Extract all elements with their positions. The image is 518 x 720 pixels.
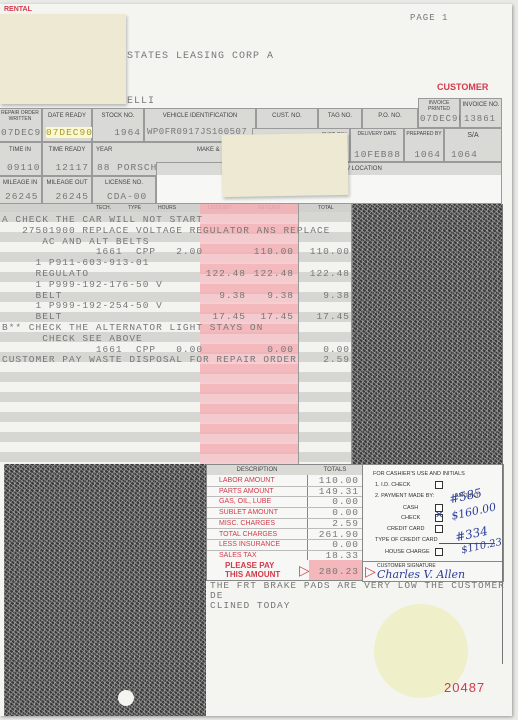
- cashier-title: FOR CASHIER'S USE AND INITIALS: [373, 471, 465, 477]
- line-item-total: 9.38: [304, 290, 350, 301]
- line-item-net: 122.48: [248, 268, 294, 279]
- totals-value: 149.31: [319, 486, 359, 497]
- cashier-box: FOR CASHIER'S USE AND INITIALS 1. I.D. C…: [362, 464, 504, 582]
- line-item-total: 110.00: [304, 246, 350, 257]
- line-item-net: 0.00: [248, 344, 294, 355]
- credit-card-label: CREDIT CARD: [387, 526, 425, 532]
- please-pay-row: PLEASE PAY THIS AMOUNT ▷ 280.23: [206, 560, 364, 581]
- please-pay-value: 280.23: [319, 566, 359, 577]
- please-pay-label: PLEASE PAY THIS AMOUNT: [225, 561, 280, 579]
- line-item-text: REGULATO: [2, 268, 89, 279]
- payment-made-by-label: 2. PAYMENT MADE BY:: [375, 493, 434, 499]
- house-charge-label: HOUSE CHARGE: [385, 549, 430, 555]
- page-number: PAGE 1: [410, 13, 448, 23]
- cell-stock-no: STOCK NO. 1964: [92, 108, 144, 142]
- line-item-text: 1 P999-192-176-50 V: [2, 279, 163, 290]
- cell-sa: S/A 1064: [444, 128, 502, 162]
- sticky-note-top-left: [0, 14, 126, 104]
- totals-value: 2.59: [332, 518, 359, 529]
- totals-label: GAS, OIL, LUBE: [219, 498, 271, 505]
- line-item-text: 1661 CPP 2.00: [2, 246, 203, 257]
- line-item-list: 17.45: [200, 311, 246, 322]
- rental-stamp: RENTAL: [4, 6, 32, 13]
- totals-label: LESS INSURANCE: [219, 541, 280, 548]
- copy-label: CUSTOMER: [437, 82, 488, 92]
- line-item-text: CHECK SEE ABOVE: [2, 333, 143, 344]
- totals-value: 0.00: [332, 539, 359, 550]
- totals-label: PARTS AMOUNT: [219, 488, 274, 495]
- customer-name-fragment: ELLI: [127, 96, 155, 107]
- totals-value: 110.00: [319, 475, 359, 486]
- cell-date-ready: DATE READY 07DEC90: [42, 108, 92, 142]
- line-item-text: B** CHECK THE ALTERNATOR LIGHT STAYS ON: [2, 322, 263, 333]
- cell-time-in: TIME IN 09110: [0, 142, 42, 176]
- redacted-pattern-right: [352, 204, 502, 464]
- line-item-net: 9.38: [248, 290, 294, 301]
- totals-header-totals: TOTALS: [307, 467, 363, 474]
- id-check-label: 1. I.D. CHECK: [375, 482, 410, 488]
- totals-value: 261.90: [319, 529, 359, 540]
- totals-label: SALES TAX: [219, 552, 256, 559]
- redacted-pattern-bottom-left: [4, 464, 206, 716]
- id-check-checkbox[interactable]: [435, 481, 443, 489]
- cell-repair-order-written: REPAIR ORDER WRITTEN 07DEC90: [0, 108, 42, 142]
- cash-label: CASH: [403, 505, 418, 511]
- line-item-text: A CHECK THE CAR WILL NOT START: [2, 214, 203, 225]
- line-item-total: 122.48: [304, 268, 350, 279]
- totals-label: LABOR AMOUNT: [219, 477, 275, 484]
- check-checkbox[interactable]: ✕: [435, 514, 443, 522]
- totals-value: 0.00: [332, 507, 359, 518]
- line-item-text: AC AND ALT BELTS: [2, 236, 149, 247]
- cell-invoice-printed: INVOICE PRINTED 07DEC90: [418, 98, 460, 128]
- line-item-total: 2.59: [304, 354, 350, 365]
- company-line: STATES LEASING CORP A: [127, 51, 274, 62]
- totals-label: MISC. CHARGES: [219, 520, 275, 527]
- line-item-total: 0.00: [304, 344, 350, 355]
- house-charge-checkbox[interactable]: [435, 548, 443, 556]
- cell-license-no: LICENSE NO. CDA-00: [92, 176, 156, 204]
- credit-card-checkbox[interactable]: [435, 525, 443, 533]
- check-label: CHECK: [401, 515, 420, 521]
- cell-mileage-in: MILEAGE IN 26245: [0, 176, 42, 204]
- cell-prepared-by: PREPARED BY 1064: [404, 128, 444, 162]
- line-item-net: 17.45: [248, 311, 294, 322]
- sticky-note-middle: [221, 133, 348, 197]
- line-item-text: BELT: [2, 311, 62, 322]
- line-items-header: TECH. TYPE HOURS LIST/UNIT NET/UNIT TOTA…: [0, 204, 352, 212]
- form-number: 20487: [444, 680, 485, 695]
- line-item-text: 27501900 REPLACE VOLTAGE REGULATOR ANS R…: [2, 225, 330, 236]
- totals-value: 0.00: [332, 496, 359, 507]
- repair-order-document: RENTAL PAGE 1 STATES LEASING CORP A ELLI…: [0, 4, 512, 716]
- line-item-text: 1 P999-192-254-50 V: [2, 300, 163, 311]
- line-item-text: CUSTOMER PAY WASTE DISPOSAL FOR REPAIR O…: [2, 354, 297, 365]
- remarks: THE FRT BRAKE PADS ARE VERY LOW THE CUST…: [210, 581, 512, 611]
- line-item-text: 1 P911-603-913-01: [2, 257, 149, 268]
- cell-time-ready: TIME READY 12117: [42, 142, 92, 176]
- line-item-total: 17.45: [304, 311, 350, 322]
- signature-area: ▷ CUSTOMER SIGNATURE Charles V. Allen: [363, 561, 503, 582]
- totals-label: TOTAL CHARGES: [219, 531, 277, 538]
- cell-mileage-out: MILEAGE OUT 26245: [42, 176, 92, 204]
- line-item-list: 122.48: [200, 268, 246, 279]
- cell-delivery-date: DELIVERY DATE 10FEB88: [350, 128, 404, 162]
- credit-card-type-label: TYPE OF CREDIT CARD: [375, 537, 438, 543]
- punch-hole: [118, 690, 134, 706]
- totals-box: DESCRIPTION TOTALS LABOR AMOUNT110.00PAR…: [206, 464, 364, 562]
- line-item-text: 1661 CPP 0.00: [2, 344, 203, 355]
- line-item-list: 9.38: [200, 290, 246, 301]
- totals-label: SUBLET AMOUNT: [219, 509, 278, 516]
- price-column: [200, 204, 298, 464]
- cell-invoice-no: INVOICE NO. 13861: [460, 98, 502, 128]
- line-item-net: 110.00: [248, 246, 294, 257]
- totals-header-description: DESCRIPTION: [207, 467, 307, 474]
- line-item-text: BELT: [2, 290, 62, 301]
